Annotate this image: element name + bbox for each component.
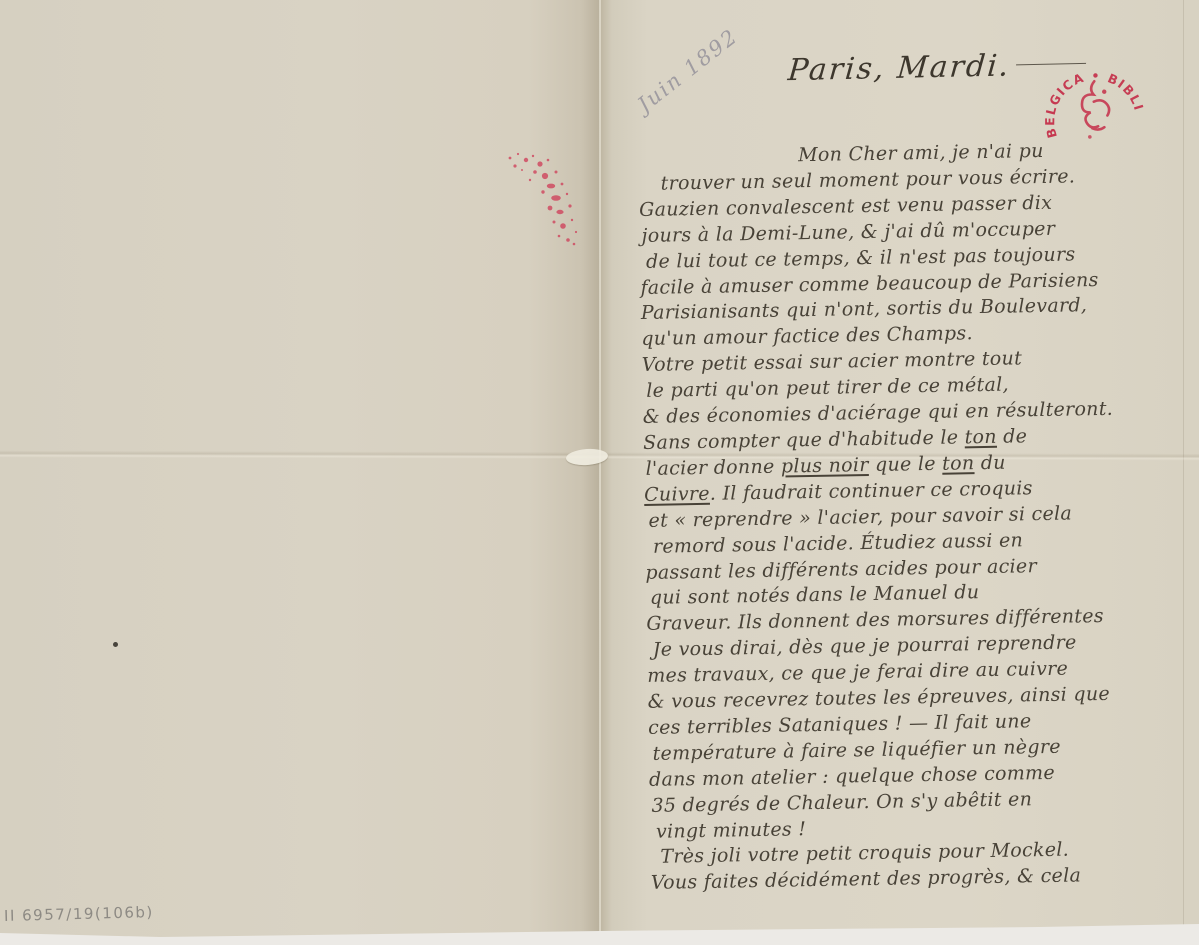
text-segment: l'acier donne [645,455,781,479]
text-segment: que le [869,453,943,476]
text-segment: jours à la Demi-Lune, & j'ai dû m'occupe… [641,217,1055,246]
text-segment: qu'un amour factice des Champs. [641,323,973,351]
text-segment: Votre petit essai sur acier montre tout [642,348,1023,377]
text-segment: mes travaux, ce que je ferai dire au cui… [647,658,1068,687]
center-fold [599,0,601,945]
text-segment: qui sont notés dans le Manuel du [650,582,980,610]
underlined-text: Cuivre [644,483,710,506]
paper-spread: Paris, Mardi. Juin 1892 BELGICA • BIBLIO… [0,0,1199,945]
letter-scan: Paris, Mardi. Juin 1892 BELGICA • BIBLIO… [0,0,1199,945]
text-segment: Gauzien convalescent est venu passer dix [639,192,1052,221]
text-segment: ces terribles Sataniques ! — Il fait une [648,710,1032,739]
text-segment: remord sous l'acide. Étudiez aussi en [653,529,1023,557]
ink-dot [113,642,118,647]
underlined-text: ton [964,426,997,449]
text-segment: et « reprendre » l'acier, pour savoir si… [648,502,1072,531]
text-segment: Je vous dirai, dès que je pourrai repren… [653,632,1077,661]
text-segment: Sans compter que d'habitude le [643,426,965,454]
stamp-lion-icon [1078,80,1112,132]
underlined-text: plus noir [781,454,869,478]
text-segment: Mon Cher ami, je n'ai pu [798,140,1044,166]
letter-body: Mon Cher ami, je n'ai putrouver un seul … [638,136,1199,897]
text-segment: de [997,425,1028,448]
underlined-text: ton [942,452,975,475]
text-segment: trouver un seul moment pour vous écrire. [660,165,1075,194]
text-segment: 35 degrés de Chaleur. On s'y abêtit en [651,788,1032,817]
text-segment: dans mon atelier : quelque chose comme [649,762,1055,791]
text-segment: le parti qu'on peut tirer de ce métal, [646,374,1009,402]
ink-transfer-smudge [488,140,588,250]
text-segment: Très joli votre petit croquis pour Mocke… [660,839,1069,868]
text-segment: passant les différents acides pour acier [645,555,1037,584]
text-segment: Vous faites décidément des progrès, & ce… [651,865,1082,895]
text-segment: température à faire se liquéfier un nègr… [652,736,1061,765]
text-segment: du [974,452,1006,475]
text-segment: vingt minutes ! [656,818,807,843]
text-segment: . Il faudrait continuer ce croquis [710,477,1033,505]
